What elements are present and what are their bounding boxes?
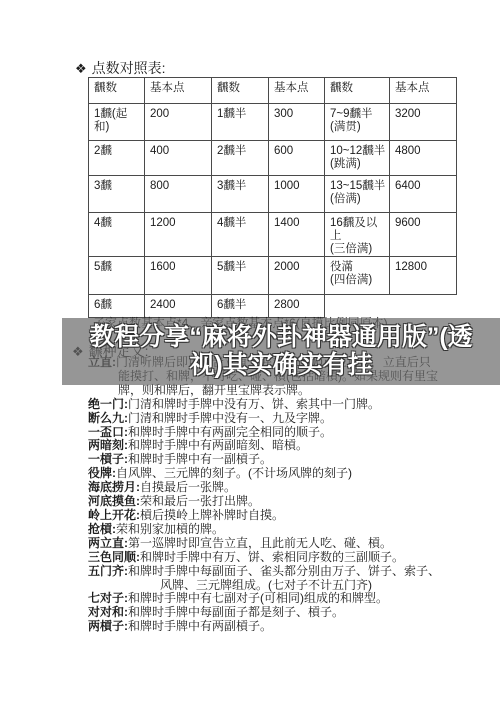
- table-cell: 4800: [390, 141, 457, 176]
- definition-term: 岭上开花:: [88, 508, 140, 522]
- definition-line: 绝一门:门清和牌时手牌中没有万、饼、索其中一门牌。: [0, 398, 500, 412]
- definition-line: 役牌:自风牌、三元牌的刻子。(不计场风牌的刻子): [0, 467, 500, 481]
- table-cell: 2飜半: [212, 141, 269, 176]
- definition-text: 和牌时手牌中有七副对子(可相同)组成的和牌型。: [128, 591, 388, 605]
- table-cell: 1飜半: [212, 104, 269, 141]
- table-cell: 9600: [390, 213, 457, 257]
- definition-line: 海底捞月:自摸最后一张牌。: [0, 481, 500, 495]
- document-page: ❖点数对照表: 飜数基本点飜数基本点飜数基本点1飜(起和)2001飜半3007~…: [0, 0, 500, 707]
- table-header-cell: 飜数: [212, 78, 269, 104]
- definition-text: 门清和牌时手牌中没有一、九及字牌。: [128, 411, 332, 425]
- table-cell: 10~12飜半 (跳满): [325, 141, 390, 176]
- table-cell: 5飜: [89, 257, 145, 295]
- table-row: 3飜8003飜半100013~15飜半 (倍满)6400: [89, 176, 457, 213]
- table-cell: 3飜半: [212, 176, 269, 213]
- definition-text: 和牌时手牌中每副面子都是刻子、槓子。: [128, 605, 344, 619]
- watermark-banner: 教程分享“麻将外卦神器通用版”(透 视)其实确实有挂: [62, 318, 500, 385]
- definition-text: 门清和牌时手牌中没有万、饼、索其中一门牌。: [128, 397, 380, 411]
- table-cell: 2飜: [89, 141, 145, 176]
- definition-text: 自风牌、三元牌的刻子。(不计场风牌的刻子): [116, 466, 352, 480]
- definition-text: 和牌时手牌中有万、饼、索相同序数的三副顺子。: [140, 550, 404, 564]
- definition-text: 自摸最后一张牌。: [140, 480, 236, 494]
- table-row: 5飜16005飜半2000役滿 (四倍满)12800: [89, 257, 457, 295]
- table-cell: 7~9飜半 (满贯): [325, 104, 390, 141]
- table-cell: 600: [269, 141, 325, 176]
- definition-term: 两槓子:: [88, 619, 128, 633]
- table-header-row: 飜数基本点飜数基本点飜数基本点: [89, 78, 457, 104]
- definition-term: 绝一门:: [88, 397, 128, 411]
- definition-text: 荣和最后一张打出牌。: [140, 494, 260, 508]
- definition-term: 对对和:: [88, 605, 128, 619]
- diamond-bullet-icon: ❖: [75, 61, 87, 76]
- definition-line: 断么九:门清和牌时手牌中没有一、九及字牌。: [0, 412, 500, 426]
- definition-term: 断么九:: [88, 411, 128, 425]
- table-cell: 1600: [145, 257, 212, 295]
- definition-term: 河底摸鱼:: [88, 494, 140, 508]
- table-cell: 2000: [269, 257, 325, 295]
- definition-line: 牌，则和牌后，翻开里宝牌表示牌。: [0, 384, 500, 398]
- table-cell: 300: [269, 104, 325, 141]
- definition-text: 和牌时手牌中有两副完全相同的顺子。: [128, 425, 332, 439]
- definition-term: 海底捞月:: [88, 480, 140, 494]
- definition-line: 两槓子:和牌时手牌中有两副槓子。: [0, 620, 500, 634]
- definition-text: 和牌时手牌中有一副槓子。: [128, 452, 272, 466]
- definition-text: 槓后摸岭上牌补牌时自摸。: [140, 508, 284, 522]
- table-cell: 1飜(起和): [89, 104, 145, 141]
- definition-line: 五门齐:和牌时手牌中每副面子、雀头都分别由万子、饼子、索子、: [0, 565, 500, 579]
- definition-text: 和牌时手牌中每副面子、雀头都分别由万子、饼子、索子、: [128, 564, 440, 578]
- table-cell: 5飜半: [212, 257, 269, 295]
- definitions-list: 立直:门清听牌后即可宣告立直，并支付1000点至场供，立直后只能摸打、和牌，不可…: [0, 356, 500, 634]
- definition-text: 风牌、三元牌组成。(七对子不计五门齐): [160, 578, 372, 592]
- table-cell: 3飜: [89, 176, 145, 213]
- definition-line: 两立直:第一巡牌时即宣告立直，且此前无人吃、碰、槓。: [0, 537, 500, 551]
- definition-text: 和牌时手牌中有两副槓子。: [128, 619, 272, 633]
- definition-term: 一盃口:: [88, 425, 128, 439]
- points-table-heading: ❖点数对照表:: [75, 58, 166, 78]
- points-heading-label: 点数对照表:: [92, 60, 166, 76]
- table-cell: 1200: [145, 213, 212, 257]
- points-table-body: 飜数基本点飜数基本点飜数基本点1飜(起和)2001飜半3007~9飜半 (满贯)…: [89, 78, 457, 318]
- table-cell: 800: [145, 176, 212, 213]
- definition-line: 岭上开花:槓后摸岭上牌补牌时自摸。: [0, 509, 500, 523]
- table-cell: 4飜半: [212, 213, 269, 257]
- definition-term: 五门齐:: [88, 564, 128, 578]
- table-cell: 6400: [390, 176, 457, 213]
- points-table: 飜数基本点飜数基本点飜数基本点1飜(起和)2001飜半3007~9飜半 (满贯)…: [88, 77, 457, 318]
- table-cell: 13~15飜半 (倍满): [325, 176, 390, 213]
- table-header-cell: 飜数: [325, 78, 390, 104]
- definition-term: 一槓子:: [88, 452, 128, 466]
- table-header-cell: 基本点: [269, 78, 325, 104]
- definition-term: 抢槓:: [88, 522, 116, 536]
- table-cell: 1400: [269, 213, 325, 257]
- table-cell: 16飜及以上 (三倍满): [325, 213, 390, 257]
- definition-term: 役牌:: [88, 466, 116, 480]
- table-cell: 400: [145, 141, 212, 176]
- definition-line: 河底摸鱼:荣和最后一张打出牌。: [0, 495, 500, 509]
- table-cell: 12800: [390, 257, 457, 295]
- table-cell: [390, 295, 457, 318]
- table-cell: 3200: [390, 104, 457, 141]
- table-header-cell: 基本点: [145, 78, 212, 104]
- definition-line: 三色同顺:和牌时手牌中有万、饼、索相同序数的三副顺子。: [0, 551, 500, 565]
- definition-line: 抢槓:荣和别家加槓的牌。: [0, 523, 500, 537]
- definition-term: 两暗刻:: [88, 438, 128, 452]
- table-header-cell: 基本点: [390, 78, 457, 104]
- table-cell: 4飜: [89, 213, 145, 257]
- definition-term: 三色同顺:: [88, 550, 140, 564]
- table-cell: 200: [145, 104, 212, 141]
- table-row: 1飜(起和)2001飜半3007~9飜半 (满贯)3200: [89, 104, 457, 141]
- definition-text: 和牌时手牌中有两副暗刻、暗槓。: [128, 438, 308, 452]
- table-header-cell: 飜数: [89, 78, 145, 104]
- definition-term: 两立直:: [88, 536, 128, 550]
- table-cell: 1000: [269, 176, 325, 213]
- definition-text: 荣和别家加槓的牌。: [116, 522, 224, 536]
- watermark-banner-line2: 视)其实确实有挂: [62, 351, 500, 379]
- definition-term: 七对子:: [88, 591, 128, 605]
- definition-text: 第一巡牌时即宣告立直，且此前无人吃、碰、槓。: [128, 536, 392, 550]
- table-cell: 役滿 (四倍满): [325, 257, 390, 295]
- watermark-banner-line1: 教程分享“麻将外卦神器通用版”(透: [62, 323, 500, 351]
- table-row: 2飜4002飜半60010~12飜半 (跳满)4800: [89, 141, 457, 176]
- table-row: 4飜12004飜半140016飜及以上 (三倍满)9600: [89, 213, 457, 257]
